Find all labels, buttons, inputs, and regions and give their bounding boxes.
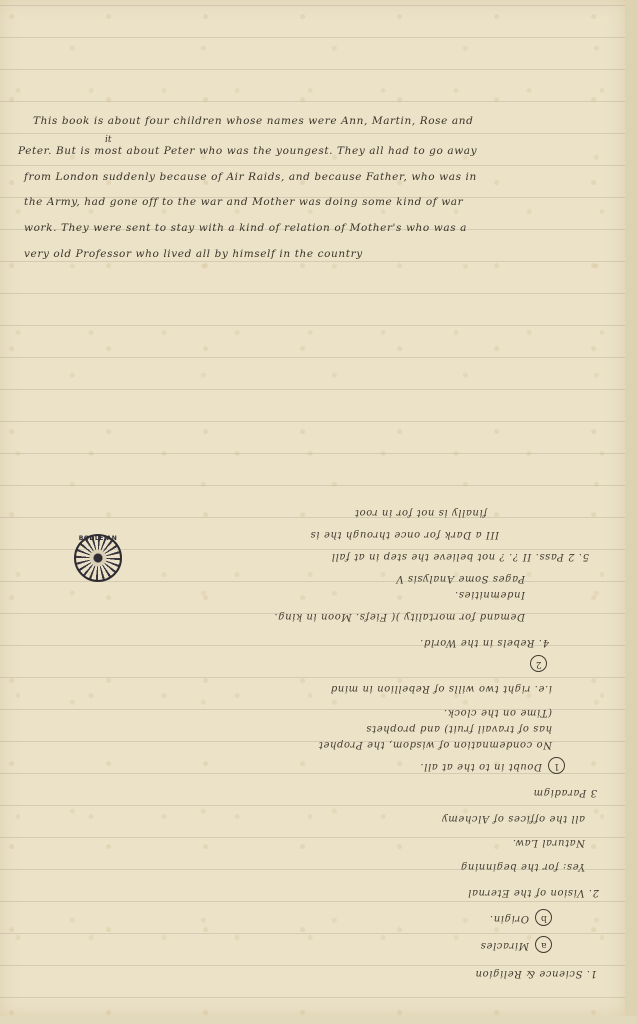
text-line-6: very old Professor who lived all by hims…: [24, 248, 363, 260]
bodleian-stamp-icon: BODLEIAN: [74, 534, 122, 582]
stamp-label: BODLEIAN: [76, 535, 120, 542]
text-line-4: the Army, had gone off to the war and Mo…: [24, 196, 463, 208]
page-right-edge: [625, 0, 637, 1024]
text-line-2: Peter. But is most about Peter who was t…: [18, 145, 477, 157]
page-bottom-edge: [0, 1016, 637, 1024]
text-line-3: from London suddenly because of Air Raid…: [24, 171, 477, 183]
text-line-5: work. They were sent to stay with a kind…: [24, 222, 467, 234]
text-line-1: This book is about four children whose n…: [33, 115, 473, 127]
insertion-note: it: [105, 135, 112, 145]
